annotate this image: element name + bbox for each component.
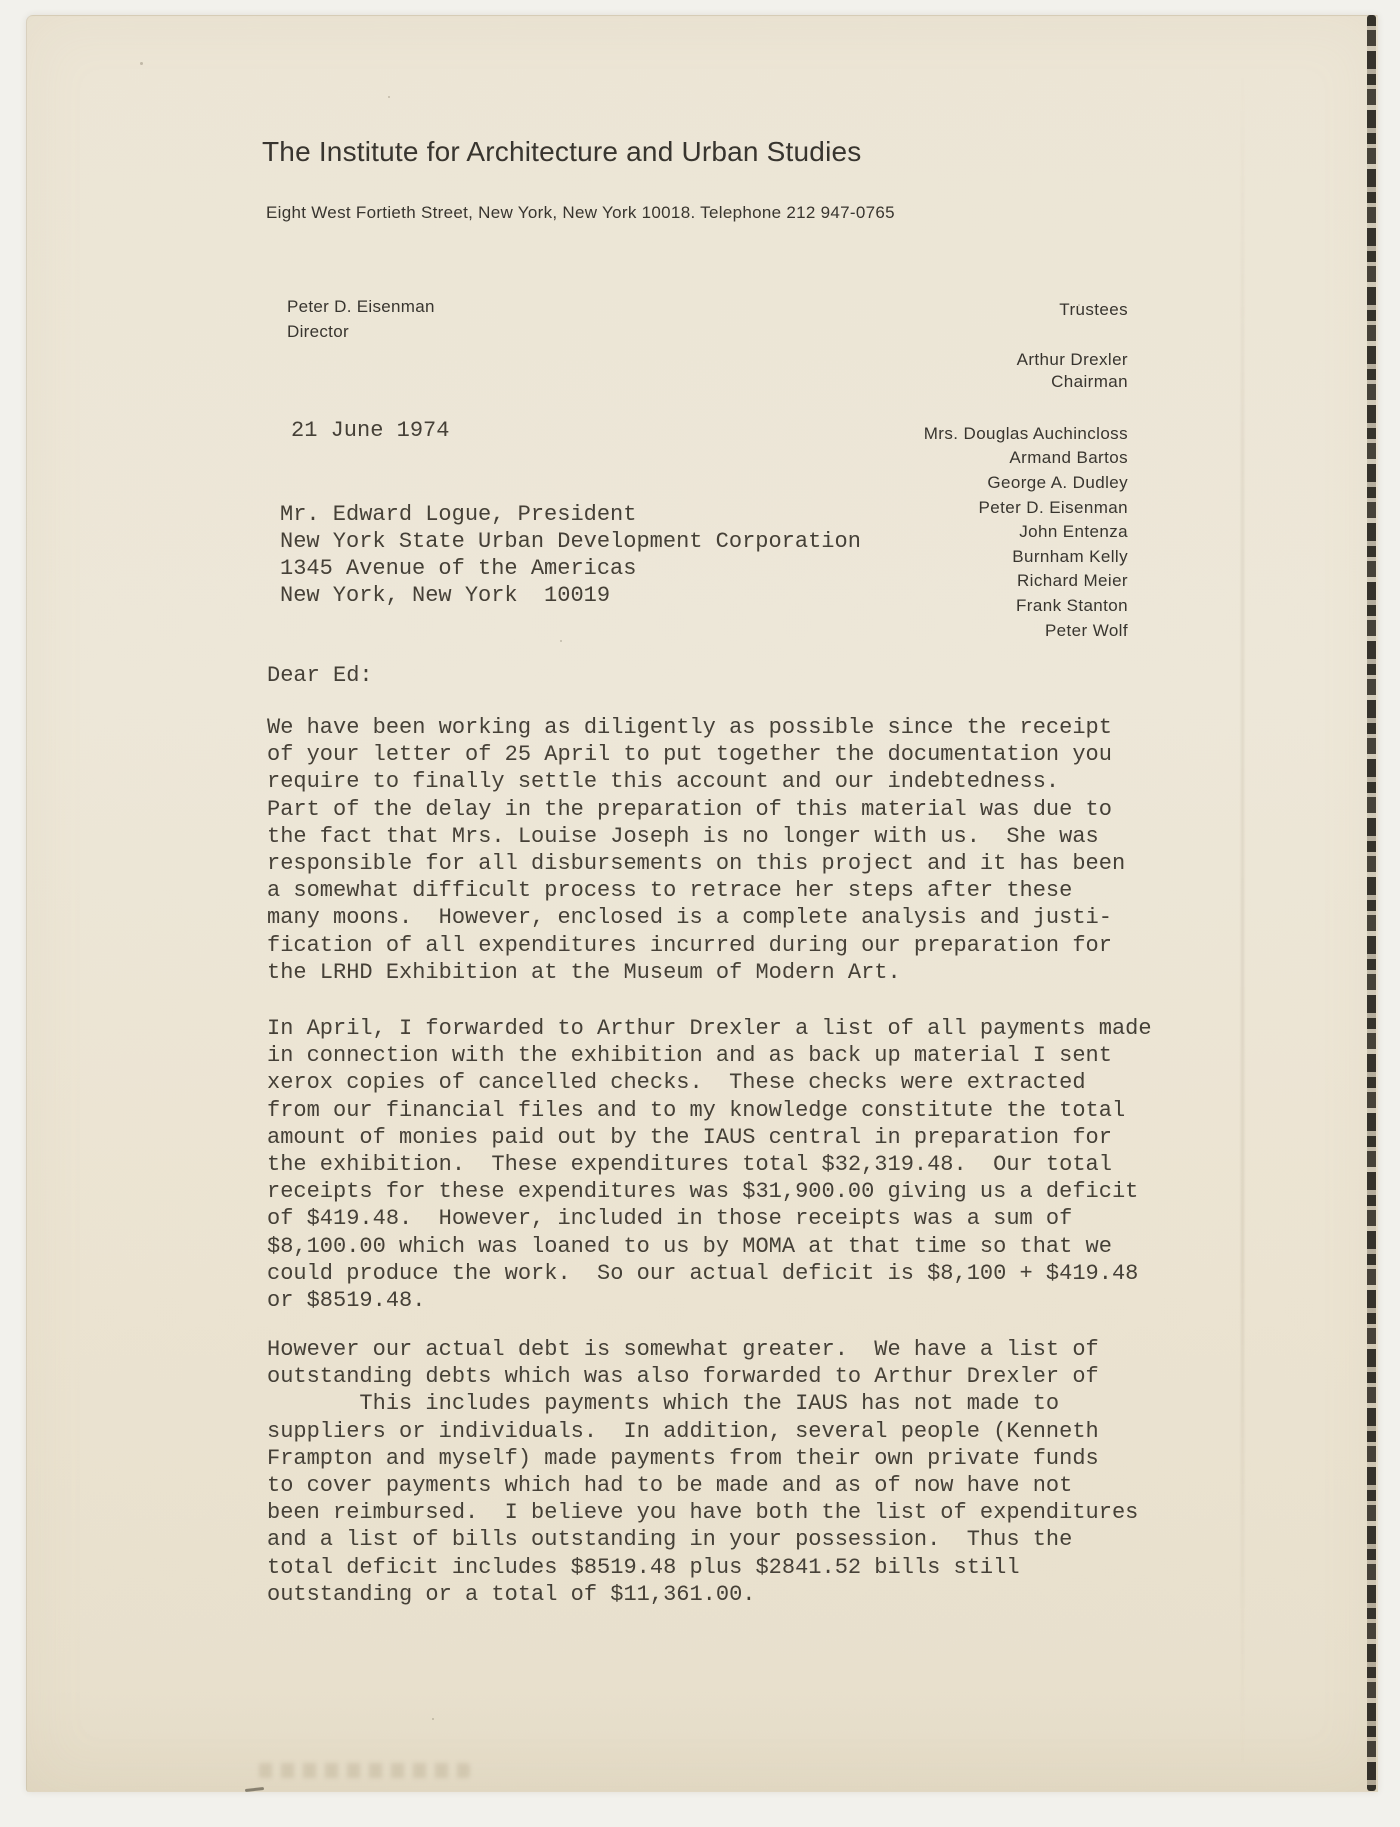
- paper-speck: [140, 62, 143, 65]
- sender-name: Peter D. Eisenman: [287, 295, 435, 320]
- trustee-name: Peter Wolf: [700, 619, 1128, 644]
- letterhead-address: Eight West Fortieth Street, New York, Ne…: [266, 203, 895, 223]
- scanned-letter-page: { "colors": { "scan_bg": "#f2f1ec", "pap…: [0, 0, 1400, 1827]
- letter-date: 21 June 1974: [291, 417, 449, 444]
- sender-block: Peter D. Eisenman Director: [287, 295, 435, 344]
- paper-crease: [1241, 70, 1244, 1770]
- salutation: Dear Ed:: [267, 662, 373, 689]
- paper-speck: [560, 640, 562, 642]
- trustees-heading: Trustees: [700, 300, 1128, 320]
- recipient-address: Mr. Edward Logue, President New York Sta…: [280, 501, 861, 609]
- paper-speck: [388, 96, 390, 98]
- sender-title: Director: [287, 320, 435, 345]
- chairman-name: Arthur Drexler: [700, 349, 1128, 371]
- bleed-through-artifact: [258, 1763, 470, 1778]
- torn-paper-edge: [1367, 15, 1376, 1791]
- body-paragraph-2: In April, I forwarded to Arthur Drexler …: [267, 1015, 1152, 1314]
- chairman-title: Chairman: [700, 371, 1128, 393]
- chairman-group: Arthur Drexler Chairman: [700, 349, 1128, 394]
- paper-speck: [432, 1718, 434, 1720]
- trustee-name: Armand Bartos: [700, 446, 1128, 471]
- letterhead-org-name: The Institute for Architecture and Urban…: [262, 136, 861, 168]
- body-paragraph-1: We have been working as diligently as po…: [267, 714, 1125, 986]
- body-paragraph-3: However our actual debt is somewhat grea…: [267, 1336, 1138, 1608]
- trustee-name: Mrs. Douglas Auchincloss: [700, 422, 1128, 447]
- trustee-name: George A. Dudley: [700, 471, 1128, 496]
